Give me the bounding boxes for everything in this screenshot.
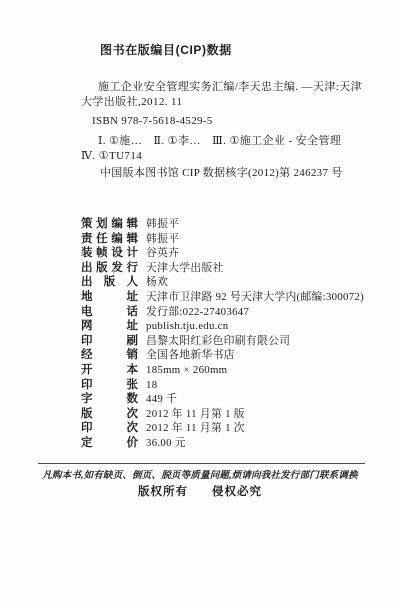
copyright-statement: 版权所有侵权必究 — [0, 485, 400, 500]
info-value: 天津大学出版社 — [146, 261, 224, 276]
info-row-printing: 印次 2012 年 11 月第 1 次 — [81, 421, 400, 436]
info-value: 2012 年 11 月第 1 次 — [146, 421, 245, 436]
info-label: 网址 — [81, 319, 138, 334]
copyright-left: 版权所有 — [138, 486, 188, 498]
copyright-page: 图书在版编目(CIP)数据 施工企业安全管理实务汇编/李天忠主编. —天津:天津… — [0, 0, 400, 605]
info-value: 18 — [146, 378, 157, 393]
info-row-word-count: 字数 449 千 — [81, 392, 400, 407]
info-row-address: 地址 天津市卫津路 92 号天津大学内(邮编:300072) — [81, 290, 400, 305]
info-label: 印次 — [81, 421, 138, 436]
classification-line1: Ⅰ. ①施… Ⅱ. ①李… Ⅲ. ①施工企业 - 安全管理 — [98, 134, 400, 149]
info-label: 装帧设计 — [81, 246, 138, 261]
info-row-planning-editor: 策划编辑 韩振平 — [81, 217, 400, 232]
info-row-printer: 印刷 昌黎太阳红彩色印刷有限公司 — [81, 334, 400, 349]
info-label: 字数 — [81, 392, 138, 407]
info-label: 开本 — [81, 363, 138, 378]
info-value: 天津市卫津路 92 号天津大学内(邮编:300072) — [146, 290, 364, 305]
info-label: 经销 — [81, 348, 138, 363]
info-value: 185mm × 260mm — [146, 363, 227, 378]
info-value: 36.00 元 — [146, 436, 186, 451]
info-label: 出版人 — [81, 275, 138, 290]
classification-line2: Ⅳ. ①TU714 — [81, 149, 400, 164]
info-value: 2012 年 11 月第 1 版 — [146, 407, 245, 422]
info-row-publisher: 出版发行 天津大学出版社 — [81, 261, 400, 276]
info-row-price: 定价 36.00 元 — [81, 436, 400, 451]
cip-data-heading: 图书在版编目(CIP)数据 — [100, 0, 400, 57]
info-value: 韩振平 — [146, 217, 179, 232]
cip-record-number: 中国版本图书馆 CIP 数据核字(2012)第 246237 号 — [100, 166, 400, 181]
info-label: 地址 — [81, 290, 138, 305]
copyright-right: 侵权必究 — [212, 486, 262, 498]
book-title-line1: 施工企业安全管理实务汇编/李天忠主编. —天津:天津 — [98, 80, 386, 95]
info-label: 责任编辑 — [81, 232, 138, 247]
info-row-distributor: 经销 全国各地新华书店 — [81, 348, 400, 363]
info-label: 策划编辑 — [81, 217, 138, 232]
book-title-line2: 大学出版社,2012. 11 — [81, 95, 386, 110]
info-value: publish.tju.edu.cn — [146, 319, 228, 334]
info-value: 韩振平 — [146, 232, 179, 247]
info-row-responsible-editor: 责任编辑 韩振平 — [81, 232, 400, 247]
info-label: 印刷 — [81, 334, 138, 349]
info-value: 杨欢 — [146, 275, 168, 290]
footer-divider — [38, 463, 365, 464]
quality-notice: 凡购本书,如有缺页、倒页、脱页等质量问题,烦请向我社发行部门联系调换 — [0, 470, 400, 483]
info-label: 版次 — [81, 407, 138, 422]
info-value: 昌黎太阳红彩色印刷有限公司 — [146, 334, 290, 349]
info-value: 全国各地新华书店 — [146, 348, 235, 363]
info-row-design: 装帧设计 谷英卉 — [81, 246, 400, 261]
info-row-website: 网址 publish.tju.edu.cn — [81, 319, 400, 334]
info-row-publisher-person: 出版人 杨欢 — [81, 275, 400, 290]
info-value: 谷英卉 — [146, 246, 179, 261]
info-row-edition: 版次 2012 年 11 月第 1 版 — [81, 407, 400, 422]
info-label: 出版发行 — [81, 261, 138, 276]
info-value: 发行部:022-27403647 — [146, 305, 249, 320]
info-row-format: 开本 185mm × 260mm — [81, 363, 400, 378]
info-row-sheets: 印张 18 — [81, 378, 400, 393]
info-row-phone: 电话 发行部:022-27403647 — [81, 305, 400, 320]
info-label: 电话 — [81, 305, 138, 320]
isbn-line: ISBN 978-7-5618-4529-5 — [92, 114, 400, 129]
publication-info-list: 策划编辑 韩振平 责任编辑 韩振平 装帧设计 谷英卉 出版发行 天津大学出版社 … — [81, 217, 400, 451]
info-label: 印张 — [81, 378, 138, 393]
info-label: 定价 — [81, 436, 138, 451]
info-value: 449 千 — [146, 392, 177, 407]
